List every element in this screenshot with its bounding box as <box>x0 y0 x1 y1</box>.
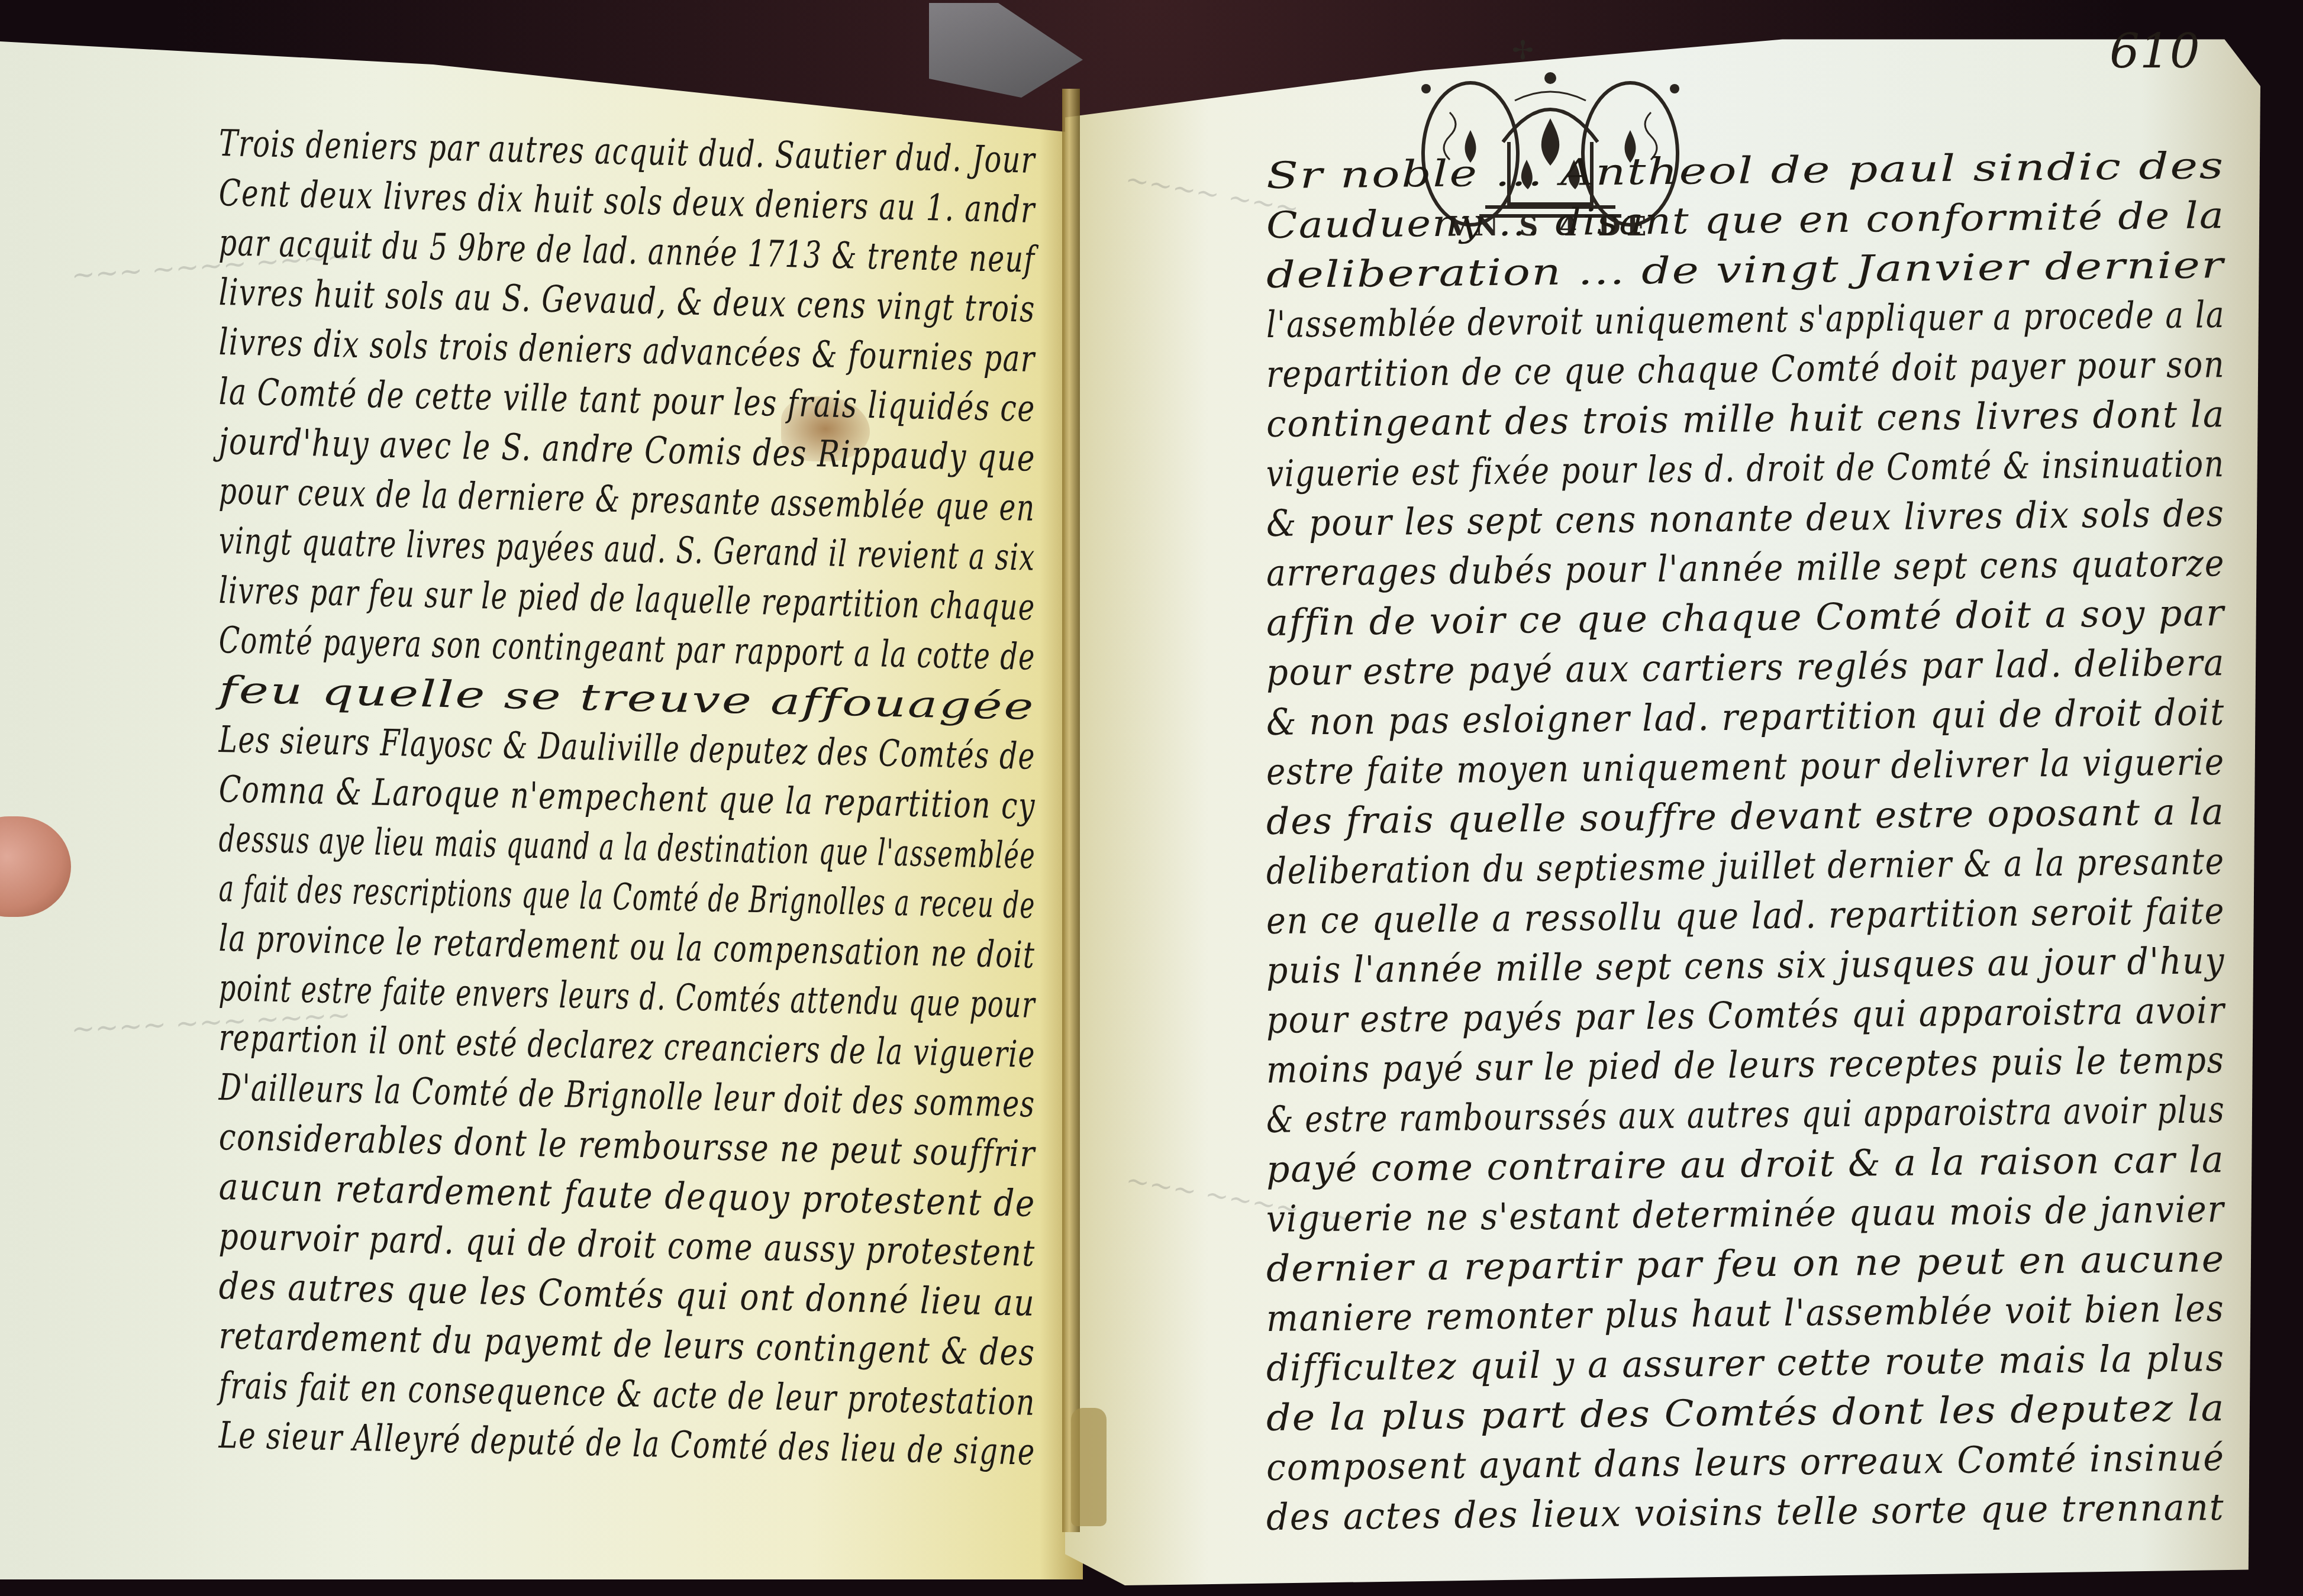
page-number: 610 <box>2110 24 2200 79</box>
loose-paper-slip <box>929 3 1083 98</box>
book-gutter <box>1062 89 1080 1532</box>
small-cross-mark-icon: ✢ <box>1512 35 1534 66</box>
open-manuscript-book: 610 <box>0 0 2303 1596</box>
torn-binding <box>1071 1408 1107 1526</box>
